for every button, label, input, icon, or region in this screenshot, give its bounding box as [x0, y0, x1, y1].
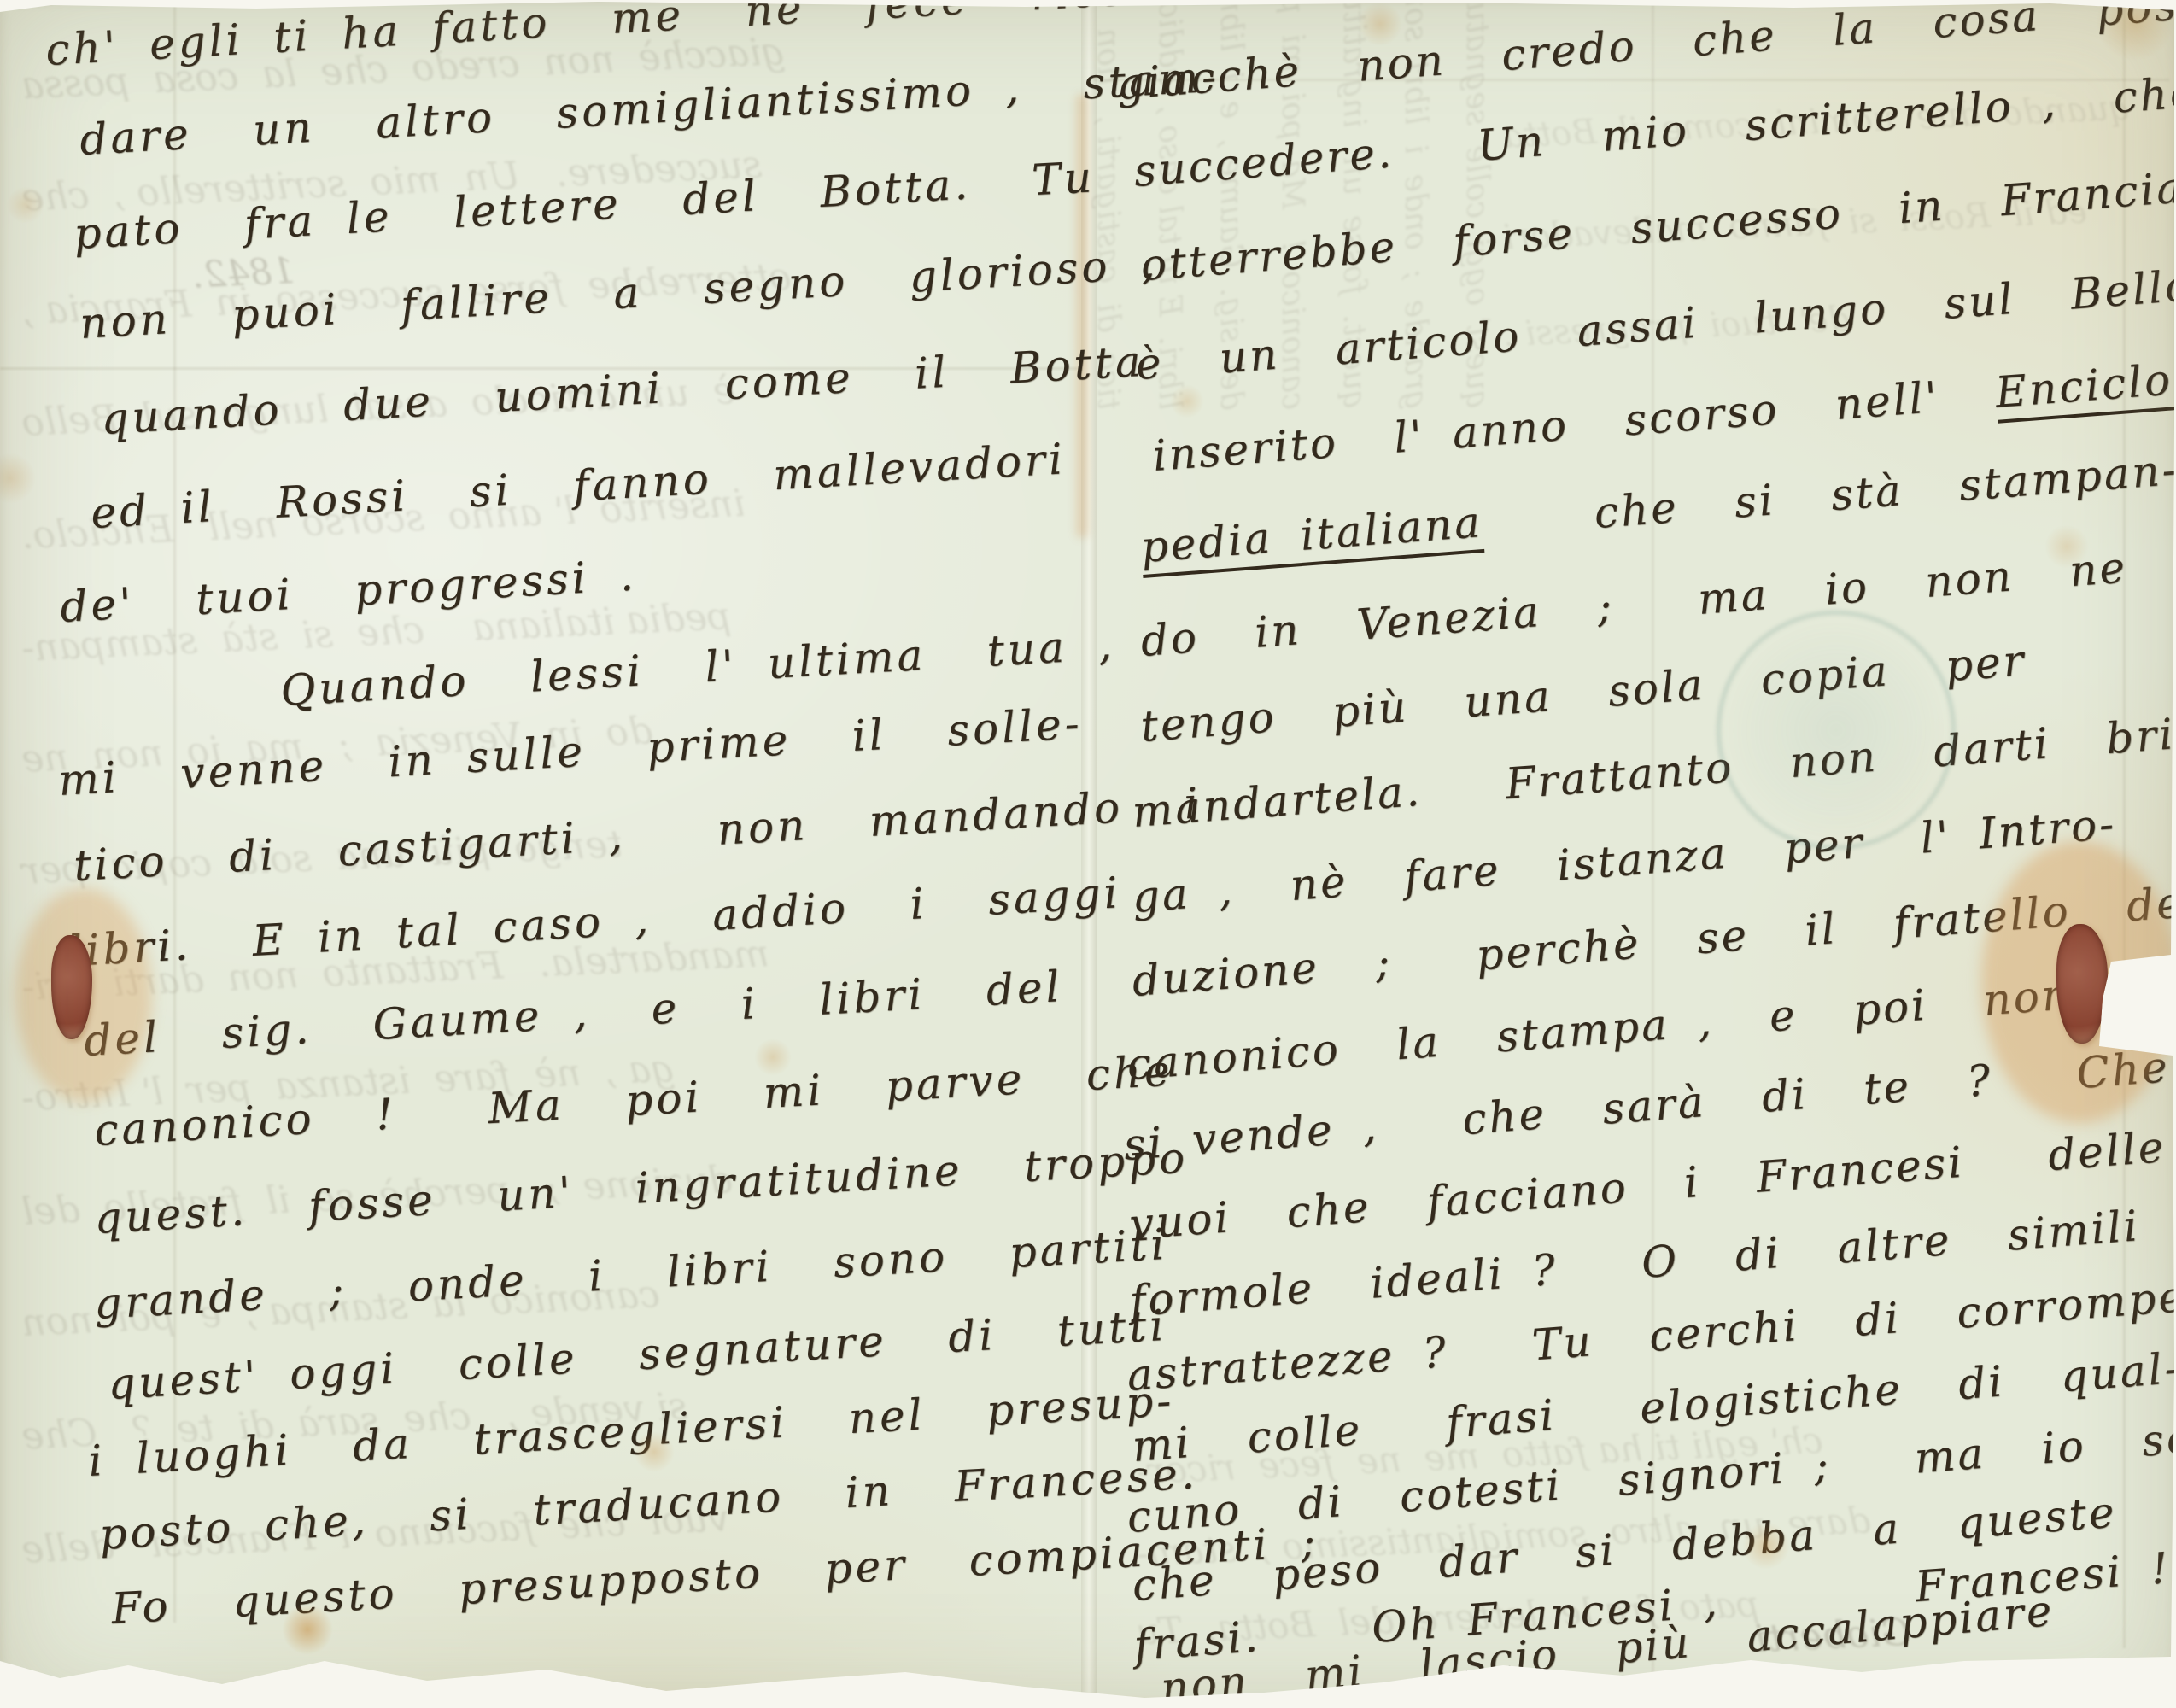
bleed-through-text: del sig. Gaume , e i libri del: [1214, 0, 1249, 410]
bleed-through-text: quest. fosse un' ingratitudine troppo: [1337, 0, 1372, 410]
horizontal-crease: [0, 367, 1078, 370]
handwritten-line: i luoghi da trascegliersi nel presup-: [87, 1376, 1176, 1486]
foxing-spot: [0, 453, 36, 504]
archive-stamp-ghost: [1717, 611, 1956, 850]
seal-stain-halo-right: [1981, 841, 2176, 1123]
bleed-through-text: duzione ; perchè se il fratello del: [20, 1158, 733, 1234]
bleed-through-text: canonico la stampa , e poi non: [20, 1272, 660, 1345]
foxing-spot: [1358, 2, 1402, 46]
bleed-through-text: tengo più una sola copia per: [20, 822, 623, 893]
handwritten-line: quando due uomini come il Botta: [100, 336, 1145, 444]
handwritten-line: giacchè non credo che la cosa possa: [1115, 0, 2176, 109]
handwritten-line: quest' oggi colle segnature di tutti: [107, 1301, 1168, 1409]
bleed-through-text: dare un altro somigliantissimo , stam-: [1135, 1500, 1871, 1575]
bleed-through-text: inserito l' anno scorso nell' Enciclo.: [20, 482, 746, 558]
handwritten-line: tengo più una sola copia per: [1139, 635, 2028, 752]
bleed-through-text: do in Venezia ; ma io non ne: [20, 709, 653, 781]
handwritten-line: non mi lascio più accalappiare: [1159, 1586, 2056, 1708]
handwritten-line: mi colle frasi elogistiche di qual-: [1131, 1343, 2176, 1471]
bleed-through-text: ch' egli ti ha fatto me ne fece ricor-: [1135, 1419, 1823, 1492]
foxing-spot: [7, 186, 44, 224]
foxing-spot: [1742, 1522, 1790, 1570]
handwritten-line: libri. E in tal caso , addio i saggi: [67, 868, 1122, 976]
handwritten-line: dare un altro somigliantissimo , stam-: [79, 51, 1221, 165]
horizontal-crease: [1093, 79, 2169, 81]
handwritten-line: tico di castigarti , non mandando i: [73, 778, 1202, 891]
handwritten-line: frasi. Oh Francesi , Francesi ! Io: [1132, 1535, 2176, 1670]
bleed-through-text: pato fra le lettere del Botta. Tu: [1135, 1582, 1760, 1652]
fold-stain: [1076, 94, 1088, 538]
handwritten-line: Fo questo presupposto per compiacenti ;: [110, 1517, 1320, 1634]
bleed-through-text: succedere. Un mio scritterello , che: [20, 143, 763, 219]
handwritten-line: formole ideali ? O di altre simili: [1128, 1201, 2142, 1326]
handwritten-line: inserito l' anno scorso nell' Enciclo.: [1151, 354, 2176, 481]
vertical-crease: [1652, 0, 1654, 1674]
handwritten-line: succedere. Un mio scritterello , che: [1132, 67, 2176, 196]
foxing-spot: [282, 1604, 333, 1655]
bleed-through-text: si vende , che sarà di te ? Che: [20, 1384, 688, 1458]
handwritten-line: mi venne in sulle prime il solle-: [57, 699, 1084, 805]
handwritten-line: astrattezze ? Tu cerchi di corromper-: [1126, 1268, 2176, 1401]
bleed-through-text: canonico ! Ma poi mi parve che: [1275, 0, 1310, 410]
handwritten-line: cuno di cotesti signori ; ma io so: [1126, 1413, 2176, 1542]
handwritten-line: canonico la stampa , e poi non: [1126, 969, 2074, 1090]
handwritten-line: canonico ! Ma poi mi parve che: [93, 1045, 1174, 1155]
wax-seal-stain-left: [51, 935, 92, 1039]
handwritten-line: che peso dar si debba a queste: [1131, 1488, 2119, 1611]
handwritten-line: vuoi che facciano i Francesi delle: [1128, 1122, 2168, 1249]
bleed-through-text: libri. E in tal caso , addio i saggi: [1152, 0, 1187, 410]
handwritten-line: Quando lessi l' ultima tua ,: [279, 619, 1116, 716]
bleed-through-text: otterrebbe forse successo in Francia ,: [20, 255, 792, 334]
wax-seal-stain-right: [2056, 924, 2108, 1044]
handwritten-line: ed il Rossi si fanno mallevadori: [90, 434, 1067, 538]
handwritten-line: duzione ; perchè se il fratello del: [1131, 876, 2176, 1006]
vertical-crease: [2123, 0, 2126, 1648]
bleed-through-text: 1842.: [191, 249, 295, 295]
handwritten-line: grande ; onde i libri sono partiti: [93, 1220, 1169, 1329]
handwritten-line: do in Venezia ; ma io non ne: [1139, 542, 2129, 666]
bleed-through-text: quest' oggi colle segnature di tutti: [1459, 0, 1495, 410]
bleed-through-text: vuoi che facciano i Francesi delle: [20, 1496, 730, 1572]
bleed-through-text: tico di castigarti , non mandando i: [1091, 0, 1126, 410]
bleed-through-text: de' tuoi progressi .: [1502, 300, 1851, 354]
bleed-through-text: è un articolo assai lungo sul Bello: [20, 369, 736, 445]
handwritten-line: mandartela. Frattanto non darti bri-: [1131, 708, 2176, 837]
center-fold-crease: [1081, 0, 1097, 1708]
bleed-through-text: ga , nè fare istanza per l' Intro-: [20, 1047, 676, 1120]
foxing-spot: [2096, 0, 2174, 61]
bleed-through-text: quando due uomini come il Botta: [1502, 88, 2131, 155]
vertical-crease: [173, 0, 176, 1623]
handwritten-line: del sig. Gaume , e i libri del: [83, 962, 1064, 1066]
foxing-spot: [2044, 524, 2089, 569]
bleed-through-text: Gioberti: [1754, 1611, 1912, 1661]
handwritten-line: otterrebbe forse successo in Francia ,: [1139, 159, 2176, 290]
foxing-spot: [1170, 384, 1204, 418]
seal-stain-halo-left: [15, 888, 152, 1102]
handwritten-line: ga , nè fare istanza per l' Intro-: [1131, 799, 2118, 922]
scanned-letter: giacchè non credo che la cosa possasucce…: [0, 0, 2176, 1708]
foxing-spot: [634, 1431, 675, 1472]
handwritten-line: si vende , che sarà di te ? Che: [1122, 1042, 2172, 1170]
handwritten-line: pato fra le lettere del Botta. Tu: [73, 152, 1097, 259]
handwritten-line: quest. fosse un' ingratitudine troppo: [93, 1132, 1190, 1243]
handwritten-line: posto che, si traducano in Francese.: [98, 1448, 1199, 1559]
handwritten-line: non puoi fallire a segno glorioso ,: [79, 239, 1160, 348]
bleed-through-text: ed il Rossi si fanno mallevadori: [1502, 192, 2087, 258]
handwritten-line: è un articolo assai lungo sul Bello: [1134, 260, 2176, 389]
bleed-through-text: grande ; onde i libri sono partiti: [1398, 0, 1433, 410]
bleed-through-text: mandartela. Frattanto non darti bri-: [20, 932, 769, 1009]
bleed-through-text: pedia italiana che si stà stampan-: [20, 594, 732, 670]
handwritten-line: de' tuoi progressi .: [59, 550, 638, 632]
handwritten-line: ch' egli ti ha fatto me ne fece ricor-: [44, 0, 1171, 75]
letter-sheet: giacchè non credo che la cosa possasucce…: [0, 0, 2176, 1708]
bleed-through-text: giacchè non credo che la cosa possa: [20, 30, 786, 108]
handwritten-line: pedia italiana che si stà stampan-: [1139, 445, 2176, 572]
foxing-spot: [754, 1038, 792, 1076]
